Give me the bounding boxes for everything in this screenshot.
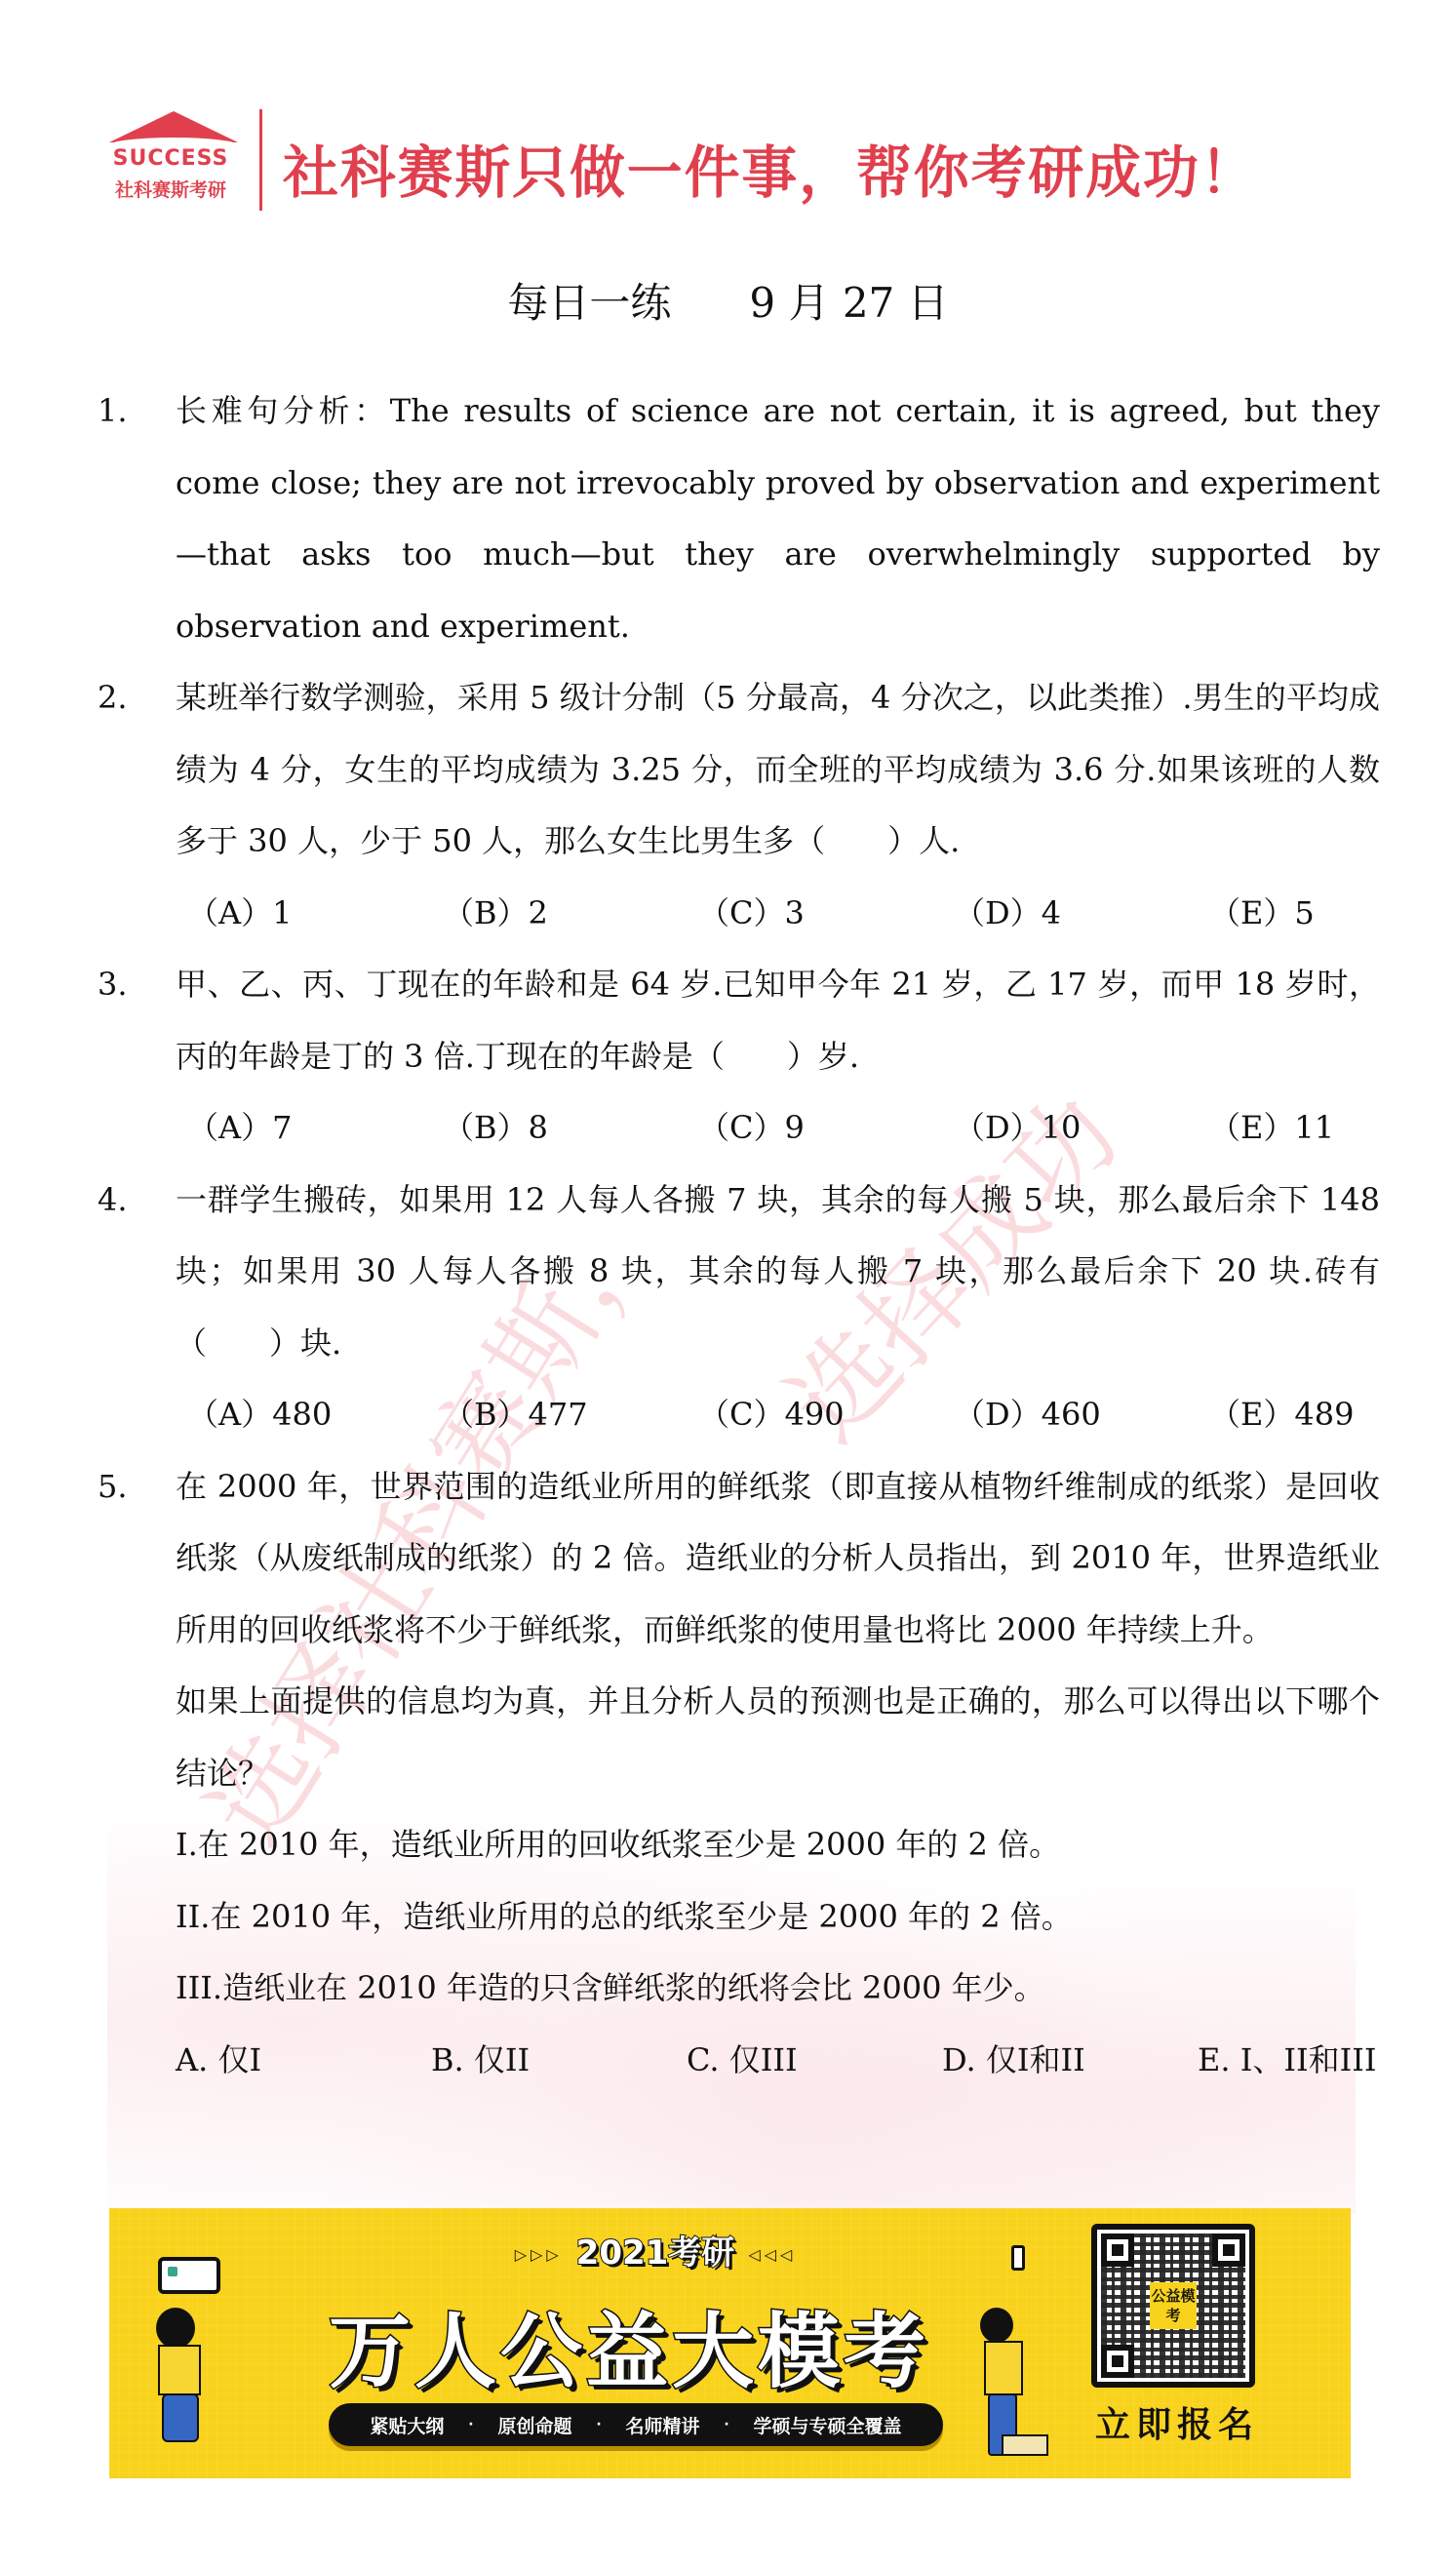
question-5: 5. 在 2000 年，世界范围的造纸业所用的鲜纸浆（即直接从植物纤维制成的纸浆… [98,1451,1380,2097]
question-1: 1. 长难句分析：The results of science are not … [98,376,1380,662]
question-text: 甲、乙、丙、丁现在的年龄和是 64 岁.已知甲今年 21 岁，乙 17 岁，而甲… [176,949,1380,1092]
feature-3: 名师精讲 [625,2412,699,2438]
question-text: 在 2000 年，世界范围的造纸业所用的鲜纸浆（即直接从植物纤维制成的纸浆）是回… [176,1451,1380,1667]
separator-dot: · [468,2417,473,2432]
feature-1: 紧贴大纲 [370,2412,444,2438]
option-a: （A）480 [187,1379,443,1451]
title-daily-practice: 每日一练 [507,279,671,327]
header-divider [259,109,262,211]
statement-2: II.在 2010 年，造纸业所用的总的纸浆至少是 2000 年的 2 倍。 [176,1881,1380,1954]
option-d: （D）10 [954,1092,1209,1165]
option-e: （E）489 [1209,1379,1354,1451]
qr-finder [1101,2345,1134,2378]
question-2: 2. 某班举行数学测验，采用 5 级计分制（5 分最高，4 分次之，以此类推）.… [98,662,1380,949]
phone-icon [158,2257,220,2294]
option-a: A. 仅I [176,2025,431,2097]
option-c: C. 仅III [687,2025,942,2097]
answer-options: A. 仅I B. 仅II C. 仅III D. 仅I和II E. I、II和II… [176,2025,1380,2097]
pants [162,2393,199,2442]
qr-finder [1101,2234,1134,2267]
slogan: 社科赛斯只做一件事，帮你考研成功！ [283,127,1258,209]
question-number: 5. [98,1451,156,1523]
question-number: 1. [98,376,156,448]
statement-3: III.造纸业在 2010 年造的只含鲜纸浆的纸将会比 2000 年少。 [176,1953,1380,2025]
option-b: B. 仅II [431,2025,687,2097]
success-logo: SUCCESS 社科赛斯考研 [98,105,244,213]
arrows-left-icon: ◁◁◁ [748,2245,796,2264]
answer-options: （A）7 （B）8 （C）9 （D）10 （E）11 [176,1092,1380,1165]
banner-subtitle: ▷▷▷2021考研◁◁◁ [451,2226,860,2273]
option-c: （C）490 [698,1379,954,1451]
option-d: （D）460 [954,1379,1209,1451]
option-e: E. I、II和III [1198,2025,1377,2097]
option-d: （D）4 [954,878,1209,950]
question-3: 3. 甲、乙、丙、丁现在的年龄和是 64 岁.已知甲今年 21 岁，乙 17 岁… [98,949,1380,1165]
option-a: （A）1 [187,878,443,950]
banner-headline: 万人公益大模考 [329,2286,929,2404]
question-text: 一群学生搬砖，如果用 12 人每人各搬 7 块，其余的每人搬 5 块，那么最后余… [176,1165,1380,1380]
option-b: （B）8 [443,1092,698,1165]
qr-center-label: 公益模考 [1150,2282,1197,2329]
option-b: （B）2 [443,878,698,950]
option-e: （E）11 [1209,1092,1334,1165]
option-b: （B）477 [443,1379,698,1451]
question-number: 2. [98,662,156,734]
logo-word: SUCCESS [98,146,244,171]
separator-dot: · [596,2417,601,2432]
option-e: （E）5 [1209,878,1315,950]
year-label: 2021考研 [576,2234,735,2273]
shirt [158,2345,201,2395]
separator-dot: · [724,2417,728,2432]
statement-1: I.在 2010 年，造纸业所用的回收纸浆至少是 2000 年的 2 倍。 [176,1809,1380,1881]
shirt [984,2341,1023,2395]
hair [156,2308,195,2349]
answer-options: （A）1 （B）2 （C）3 （D）4 （E）5 [176,878,1380,950]
phone-icon [1011,2245,1025,2271]
qr-finder [1212,2234,1245,2267]
girl-raising-phone-illustration [972,2228,1041,2462]
mock-exam-banner[interactable]: ▷▷▷2021考研◁◁◁ 万人公益大模考 紧贴大纲 · 原创命题 · 名师精讲 … [109,2208,1351,2478]
option-d: D. 仅I和II [942,2025,1198,2097]
arrows-right-icon: ▷▷▷ [515,2245,563,2264]
feature-2: 原创命题 [497,2412,571,2438]
question-prompt: 如果上面提供的信息均为真，并且分析人员的预测也是正确的，那么可以得出以下哪个结论… [176,1666,1380,1809]
feature-4: 学硕与专硕全覆盖 [754,2412,902,2438]
option-c: （C）9 [698,1092,954,1165]
question-list: 1. 长难句分析：The results of science are not … [98,376,1380,2096]
option-c: （C）3 [698,878,954,950]
question-number: 3. [98,949,156,1021]
question-4: 4. 一群学生搬砖，如果用 12 人每人各搬 7 块，其余的每人搬 5 块，那么… [98,1165,1380,1451]
question-text: 某班举行数学测验，采用 5 级计分制（5 分最高，4 分次之，以此类推）.男生的… [176,662,1380,878]
register-now-button[interactable]: 立即报名 [1084,2397,1270,2447]
page-title: 每日一练9 月 27 日 [0,271,1456,330]
title-date: 9 月 27 日 [749,279,948,327]
feature-pill: 紧贴大纲 · 原创命题 · 名师精讲 · 学硕与专硕全覆盖 [329,2403,943,2446]
option-a: （A）7 [187,1092,443,1165]
question-text: 长难句分析：The results of science are not cer… [176,376,1380,662]
books-icon [1002,2434,1048,2456]
logo-chinese-name: 社科赛斯考研 [98,176,244,202]
qr-code[interactable]: 公益模考 [1091,2224,1255,2388]
question-number: 4. [98,1165,156,1237]
page-header: SUCCESS 社科赛斯考研 社科赛斯只做一件事，帮你考研成功！ [98,105,1385,213]
girl-holding-phone-illustration [138,2247,216,2452]
hair [980,2308,1013,2343]
answer-options: （A）480 （B）477 （C）490 （D）460 （E）489 [176,1379,1380,1451]
